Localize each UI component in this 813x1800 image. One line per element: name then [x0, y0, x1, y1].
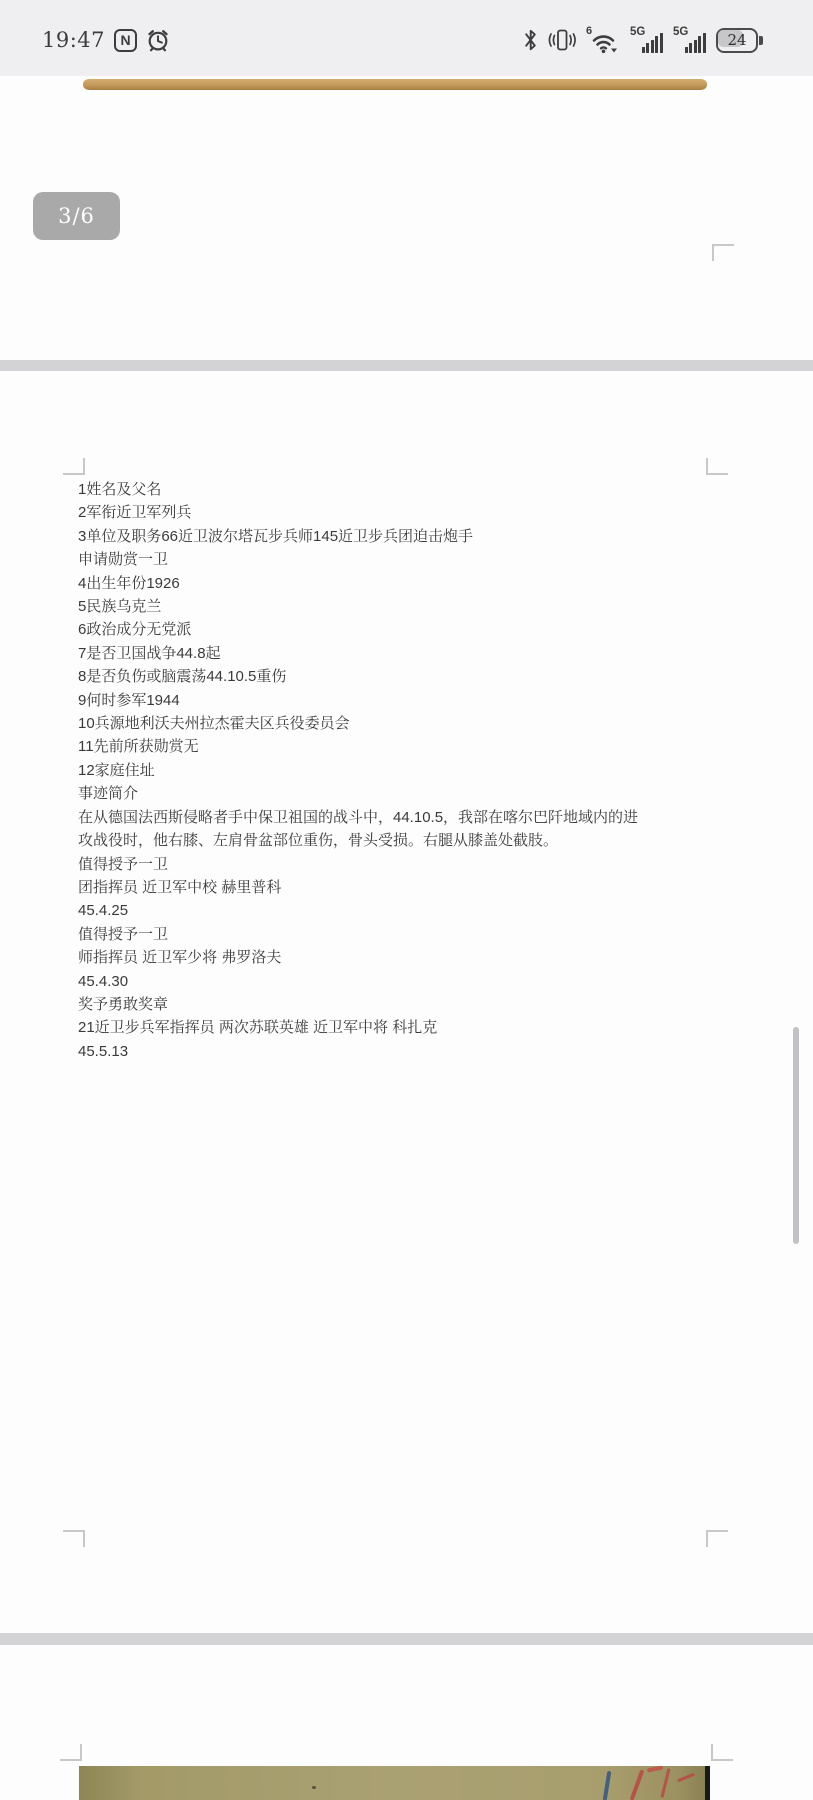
wifi-generation-label: 6: [586, 25, 592, 37]
document-line: 11先前所获勋赏无: [78, 735, 748, 758]
document-line: 团指挥员 近卫军中校 赫里普科: [78, 876, 748, 899]
photo-red-scribble: [677, 1773, 695, 1783]
document-line: 45.4.25: [78, 899, 748, 922]
document-line: 45.5.13: [78, 1040, 748, 1063]
document-line: 9何时参军1944: [78, 689, 748, 712]
corner-mark: [706, 458, 728, 475]
vibrate-icon: [548, 28, 576, 52]
document-line: 7是否卫国战争44.8起: [78, 642, 748, 665]
document-line: 奖予勇敢奖章: [78, 993, 748, 1016]
document-line: 2军衔近卫军列兵: [78, 501, 748, 524]
photo-red-scribble: [630, 1769, 645, 1800]
document-text-block: 1姓名及父名2军衔近卫军列兵3单位及职务66近卫波尔塔瓦步兵师145近卫步兵团迫…: [78, 478, 748, 1063]
alarm-clock-icon: [146, 28, 170, 52]
page-indicator-badge: 3/6: [33, 192, 120, 240]
document-line: 4出生年份1926: [78, 572, 748, 595]
status-bar-right: 6 5G 5G: [523, 27, 763, 54]
document-line: 攻战役时，他右膝、左肩骨盆部位重伤，骨头受损。右腿从膝盖处截肢。: [78, 829, 748, 852]
battery-icon: 24: [716, 28, 763, 53]
document-line: 6政治成分无党派: [78, 618, 748, 641]
corner-mark: [712, 244, 734, 261]
document-line: 申请勋赏一卫: [78, 548, 748, 571]
corner-mark: [63, 458, 85, 475]
document-line: 10兵源地利沃夫州拉杰霍夫区兵役委员会: [78, 712, 748, 735]
screen: 19:47 N 6: [0, 0, 813, 1800]
document-line: 3单位及职务66近卫波尔塔瓦步兵师145近卫步兵团迫击炮手: [78, 525, 748, 548]
scrollbar-thumb[interactable]: [793, 1027, 799, 1244]
cellular-signal-icon-sim2: 5G: [673, 27, 706, 54]
clock-time: 19:47: [42, 28, 105, 52]
signal-bars: [642, 33, 663, 53]
wifi-icon: 6: [586, 27, 620, 54]
previous-page-photo-edge[interactable]: [83, 79, 707, 90]
document-line: 21近卫步兵军指挥员 两次苏联英雄 近卫军中将 科扎克: [78, 1016, 748, 1039]
document-line: 5民族乌克兰: [78, 595, 748, 618]
nfc-icon: N: [114, 29, 137, 52]
document-line: 1姓名及父名: [78, 478, 748, 501]
corner-mark: [711, 1744, 733, 1761]
document-line: 12家庭住址: [78, 759, 748, 782]
next-page-photo[interactable]: [79, 1766, 710, 1800]
document-line: 事迹简介: [78, 782, 748, 805]
page-divider: [0, 1633, 813, 1645]
photo-pencil-mark: [603, 1771, 612, 1800]
bluetooth-icon: [523, 28, 538, 52]
document-line: 师指挥员 近卫军少将 弗罗洛夫: [78, 946, 748, 969]
status-bar: 19:47 N 6: [0, 0, 813, 76]
document-line: 在从德国法西斯侵略者手中保卫祖国的战斗中，44.10.5，我部在喀尔巴阡地域内的…: [78, 806, 748, 829]
document-line: 值得授予一卫: [78, 923, 748, 946]
battery-nub: [759, 36, 763, 45]
document-line: 45.4.30: [78, 970, 748, 993]
cellular-signal-icon-sim1: 5G: [630, 27, 663, 54]
photo-speck: [312, 1786, 316, 1789]
photo-red-scribble: [660, 1768, 670, 1798]
corner-mark: [706, 1530, 728, 1547]
page-indicator-label: 3/6: [58, 204, 95, 228]
signal-bars: [685, 33, 706, 53]
page-divider: [0, 360, 813, 371]
photo-red-scribble: [647, 1766, 663, 1773]
battery-percent: 24: [716, 29, 758, 52]
document-line: 值得授予一卫: [78, 853, 748, 876]
corner-mark: [60, 1744, 82, 1761]
document-line: 8是否负伤或脑震荡44.10.5重伤: [78, 665, 748, 688]
corner-mark: [63, 1530, 85, 1547]
status-bar-left: 19:47 N: [42, 28, 170, 52]
